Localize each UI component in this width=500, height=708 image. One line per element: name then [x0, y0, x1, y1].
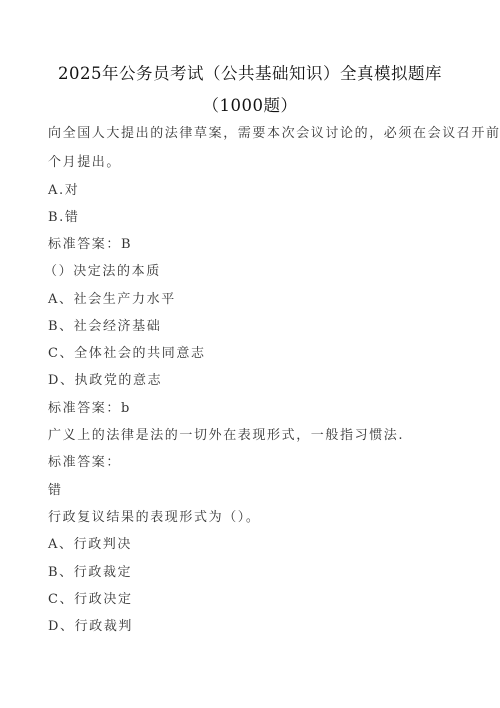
document-subtitle: （1000题）	[0, 92, 500, 116]
question-3-stem: 广义上的法律是法的一切外在表现形式，一般指习惯法.	[48, 424, 404, 443]
question-1-option-b: B.错	[48, 206, 80, 225]
question-2-option-b: B、社会经济基础	[48, 315, 161, 334]
question-4-option-c: C、行政决定	[48, 588, 133, 607]
question-4-option-b: B、行政裁定	[48, 561, 132, 580]
question-1-answer: 标准答案：B	[48, 233, 132, 252]
question-4-option-a: A、行政判决	[48, 533, 132, 552]
question-2-option-c: C、全体社会的共同意志	[48, 342, 206, 361]
question-1-stem-line-2: 个月提出。	[48, 151, 121, 170]
question-4-option-d: D、行政裁判	[48, 615, 133, 634]
question-3-answer: 错	[48, 479, 63, 498]
question-1-option-a: A.对	[48, 179, 79, 198]
question-2-stem: （）决定法的本质	[44, 260, 161, 279]
question-3-answer-label: 标准答案：	[48, 451, 121, 470]
question-2-answer: 标准答案：b	[48, 397, 131, 416]
question-2-option-a: A、社会生产力水平	[48, 288, 176, 307]
question-1-stem-line-1: 向全国人大提出的法律草案，需要本次会议讨论的，必须在会议召开前3	[48, 122, 500, 141]
question-2-option-d: D、执政党的意志	[48, 369, 162, 388]
question-4-stem: 行政复议结果的表现形式为（）。	[48, 506, 261, 525]
document-title: 2025年公务员考试（公共基础知识）全真模拟题库	[0, 60, 500, 84]
